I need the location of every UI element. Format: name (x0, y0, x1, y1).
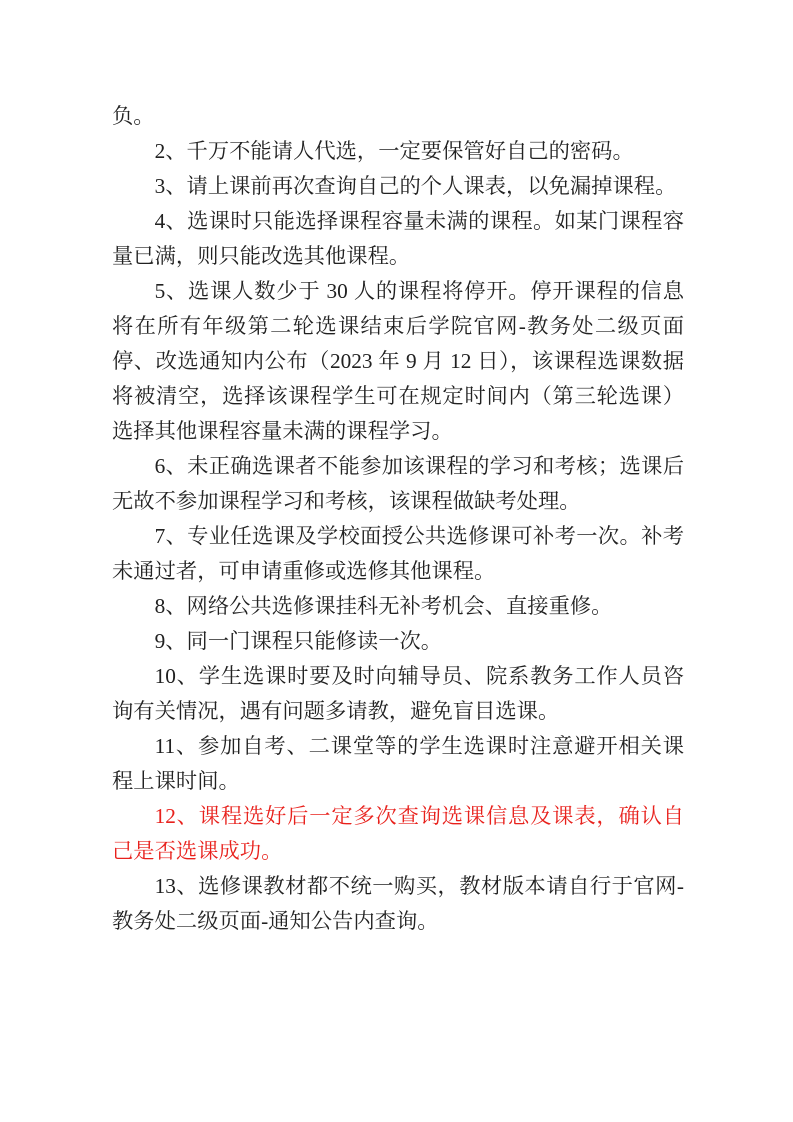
paragraph: 4、选课时只能选择课程容量未满的课程。如某门课程容量已满，则只能改选其他课程。 (112, 204, 684, 274)
paragraph: 13、选修课教材都不统一购买，教材版本请自行于官网-教务处二级页面-通知公告内查… (112, 869, 684, 939)
paragraph: 9、同一门课程只能修读一次。 (112, 624, 684, 659)
paragraph: 7、专业任选课及学校面授公共选修课可补考一次。补考未通过者，可申请重修或选修其他… (112, 519, 684, 589)
paragraph: 11、参加自考、二课堂等的学生选课时注意避开相关课程上课时间。 (112, 729, 684, 799)
paragraph: 12、课程选好后一定多次查询选课信息及课表，确认自己是否选课成功。 (112, 799, 684, 869)
paragraph: 2、千万不能请人代选，一定要保管好自己的密码。 (112, 134, 684, 169)
document-page: 负。2、千万不能请人代选，一定要保管好自己的密码。3、请上课前再次查询自己的个人… (112, 99, 684, 939)
paragraph: 负。 (112, 99, 684, 134)
paragraph: 10、学生选课时要及时向辅导员、院系教务工作人员咨询有关情况，遇有问题多请教，避… (112, 659, 684, 729)
paragraph: 6、未正确选课者不能参加该课程的学习和考核；选课后无故不参加课程学习和考核，该课… (112, 449, 684, 519)
paragraph: 3、请上课前再次查询自己的个人课表，以免漏掉课程。 (112, 169, 684, 204)
paragraph: 5、选课人数少于 30 人的课程将停开。停开课程的信息将在所有年级第二轮选课结束… (112, 274, 684, 449)
paragraph: 8、网络公共选修课挂科无补考机会、直接重修。 (112, 589, 684, 624)
